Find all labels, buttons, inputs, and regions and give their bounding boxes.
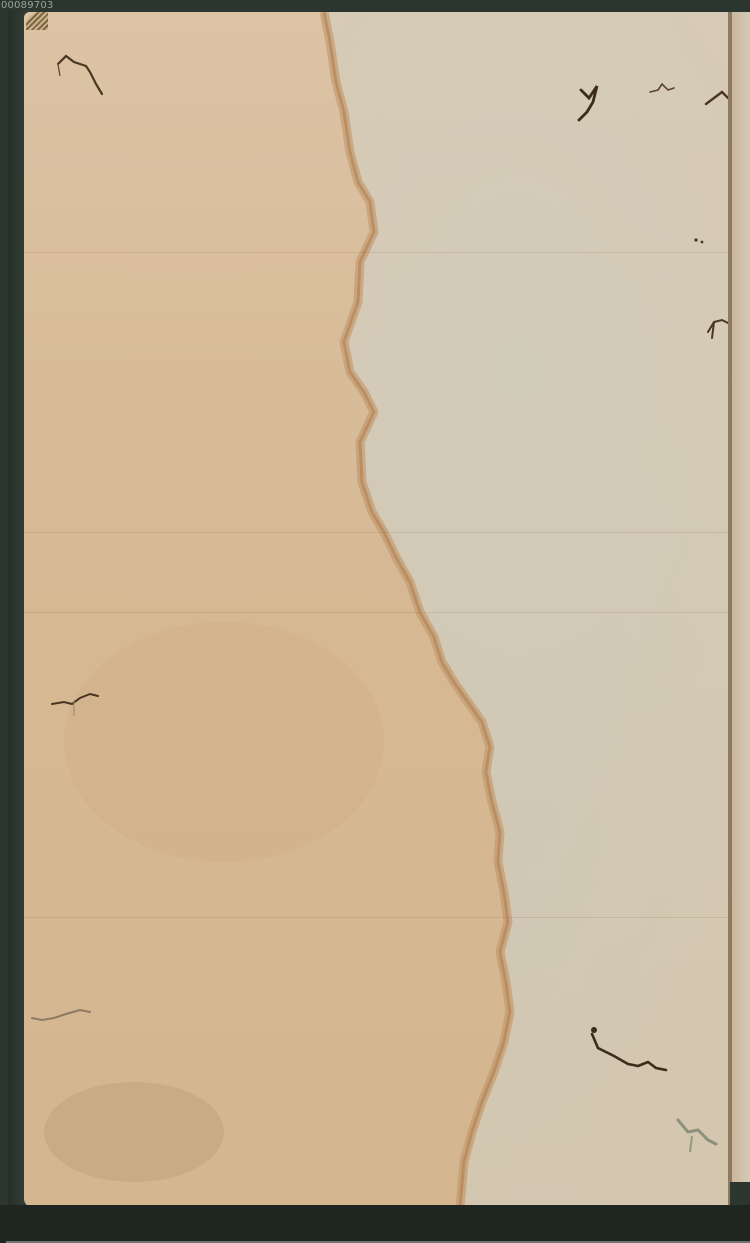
wormhole-bottom-right-corner <box>672 1110 730 1170</box>
wormhole-left-lower <box>28 1002 98 1032</box>
wormhole-top-right-edge <box>700 74 730 114</box>
paper-crease <box>24 532 730 533</box>
wormhole-left-middle <box>48 688 108 718</box>
wormhole-top-right <box>569 74 619 134</box>
adjacent-page-edge <box>730 12 750 1182</box>
paper-crease <box>24 252 730 253</box>
wormhole-top-right-small <box>644 74 684 104</box>
wormhole-top-left <box>52 52 112 112</box>
page-fold-line <box>728 12 730 1208</box>
wormhole-bottom-right <box>584 1024 704 1084</box>
wormhole-right-dots <box>690 234 710 248</box>
wormhole-right-edge <box>700 304 730 350</box>
scan-background-bottom <box>0 1205 750 1243</box>
paper-crease <box>24 917 730 918</box>
paper-crease <box>24 612 730 613</box>
book-page <box>24 12 730 1208</box>
